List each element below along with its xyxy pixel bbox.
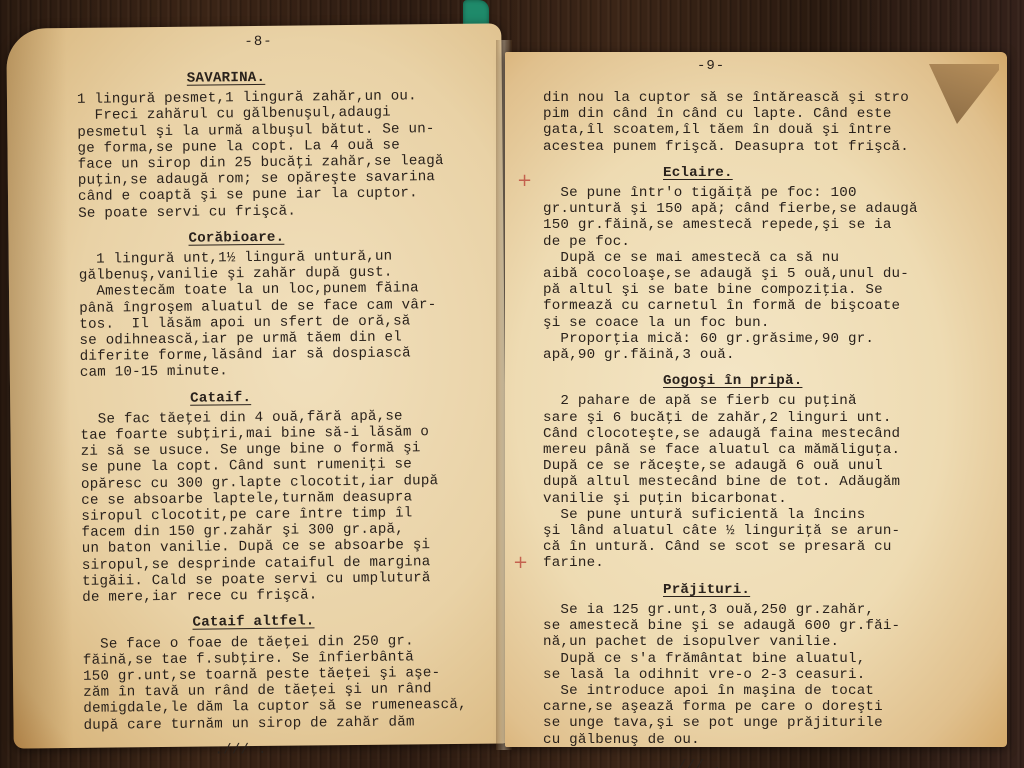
text-line: după altul mestecând bine de tot. Adăugă… (543, 474, 918, 490)
recipe-title: SAVARINA. (77, 68, 461, 88)
text-line: Se ia 125 gr.unt,3 ouă,250 gr.zahăr, (543, 602, 918, 618)
recipe-block: Cataif. Se fac tăeţei din 4 ouă,fără apă… (80, 387, 466, 606)
text-line: Se poate servi cu frişcă. (78, 201, 462, 221)
text-line: farine. (543, 555, 918, 571)
recipe-block: Prăjituri. Se ia 125 gr.unt,3 ouă,250 gr… (543, 582, 918, 748)
text-line: formează cu carnetul în formă de bişcoat… (543, 298, 918, 314)
text-line: nă,un pachet de isopulver vanilie. (543, 634, 918, 650)
right-page: -9- + + din nou la cuptor să se întăreas… (505, 52, 1007, 747)
recipe-title: Gogoşi în pripă. (543, 373, 918, 389)
text-line: gata,îl scoatem,îl tăem în două şi între (543, 122, 918, 138)
text-line: de mere,iar rece cu frişcă. (82, 586, 466, 606)
text-line: cam 10-15 minute. (80, 361, 464, 381)
recipe-block: SAVARINA.1 lingură pesmet,1 lingură zahă… (77, 68, 462, 222)
text-line: acestea punem frişcă. Deasupra tot frişc… (543, 139, 918, 155)
text-line: că în untură. Când se scot se presară cu (543, 539, 918, 555)
text-line: pă altul şi se bate bine compoziţia. Se (543, 282, 918, 298)
page-shadow (6, 28, 74, 749)
page-number: -9- (697, 58, 725, 74)
text-line: pim din când în când cu lapte. Când este (543, 106, 918, 122)
recipe-block: Cataif altfel. Se face o foae de tăeţei … (82, 612, 467, 733)
text-line: de pe foc. (543, 234, 918, 250)
text-line: şi se coace la un foc bun. (543, 315, 918, 331)
text-line: se unge tava,şi se pot unge prăjiturile (543, 715, 918, 731)
text-line: vanilie şi puţin bicarbonat. (543, 491, 918, 507)
text-line: După ce se răceşte,se adaugă 6 ouă unul (543, 458, 918, 474)
right-page-text: din nou la cuptor să se întărească şi st… (543, 90, 918, 768)
end-mark: ./// . (543, 758, 918, 768)
recipe-title: Corăbioare. (78, 228, 462, 248)
text-line: se amestecă bine şi se adaugă 600 gr.făi… (543, 618, 918, 634)
text-line: se lasă la odihnit vre-o 2-3 ceasuri. (543, 667, 918, 683)
text-line: mereu până se face aluatul ca mămăliguţa… (543, 442, 918, 458)
recipe-block: Gogoşi în pripă. 2 pahare de apă se fier… (543, 373, 918, 571)
red-pencil-mark: + (513, 552, 528, 573)
left-page-text: SAVARINA.1 lingură pesmet,1 lingură zahă… (77, 68, 468, 760)
text-line: şi lând aluatul câte ½ linguriţă se arun… (543, 523, 918, 539)
text-line: după care turnăm un sirop de zahăr dăm (83, 713, 467, 733)
recipe-block: Eclaire. Se pune într'o tigăiţă pe foc: … (543, 165, 918, 363)
text-line: Când clocoteşte,se adaugă faina mestecân… (543, 426, 918, 442)
text-line: 2 pahare de apă se fierb cu puţină (543, 393, 918, 409)
text-line: Se pune într'o tigăiţă pe foc: 100 (543, 185, 918, 201)
recipe-title: Prăjituri. (543, 582, 918, 598)
recipe-block: Corăbioare. 1 lingură unt,1½ lingură unt… (78, 228, 463, 382)
text-line: După ce s'a frământat bine aluatul, (543, 651, 918, 667)
recipe-title: Eclaire. (543, 165, 918, 181)
text-line: Proporţia mică: 60 gr.grăsime,90 gr. (543, 331, 918, 347)
text-line: apă,90 gr.făină,3 ouă. (543, 347, 918, 363)
text-line: aibă cocoloaşe,se adaugă şi 5 ouă,unul d… (543, 266, 918, 282)
text-line: 150 gr.făină,se amestecă repede,şi se ia (543, 217, 918, 233)
text-line: După ce se mai amestecă ca să nu (543, 250, 918, 266)
text-line: gr.untură şi 150 apă; când fierbe,se ada… (543, 201, 918, 217)
red-pencil-mark: + (517, 170, 532, 191)
text-line: sare şi 6 bucăţi de zahăr,2 linguri unt. (543, 410, 918, 426)
text-line: carne,se aşează forma pe care o doreşti (543, 699, 918, 715)
recipe-title: Cataif. (80, 387, 464, 407)
text-line: din nou la cuptor să se întărească şi st… (543, 90, 918, 106)
continued-text: din nou la cuptor să se întărească şi st… (543, 90, 918, 155)
folded-corner (929, 64, 999, 124)
recipe-title: Cataif altfel. (82, 612, 466, 632)
text-line: Se introduce apoi în maşina de tocat (543, 683, 918, 699)
page-number: -8- (244, 34, 272, 50)
left-page: -8- SAVARINA.1 lingură pesmet,1 lingură … (6, 23, 509, 748)
text-line: cu gălbenuş de ou. (543, 732, 918, 748)
text-line: Se pune untură suficientă la încins (543, 507, 918, 523)
